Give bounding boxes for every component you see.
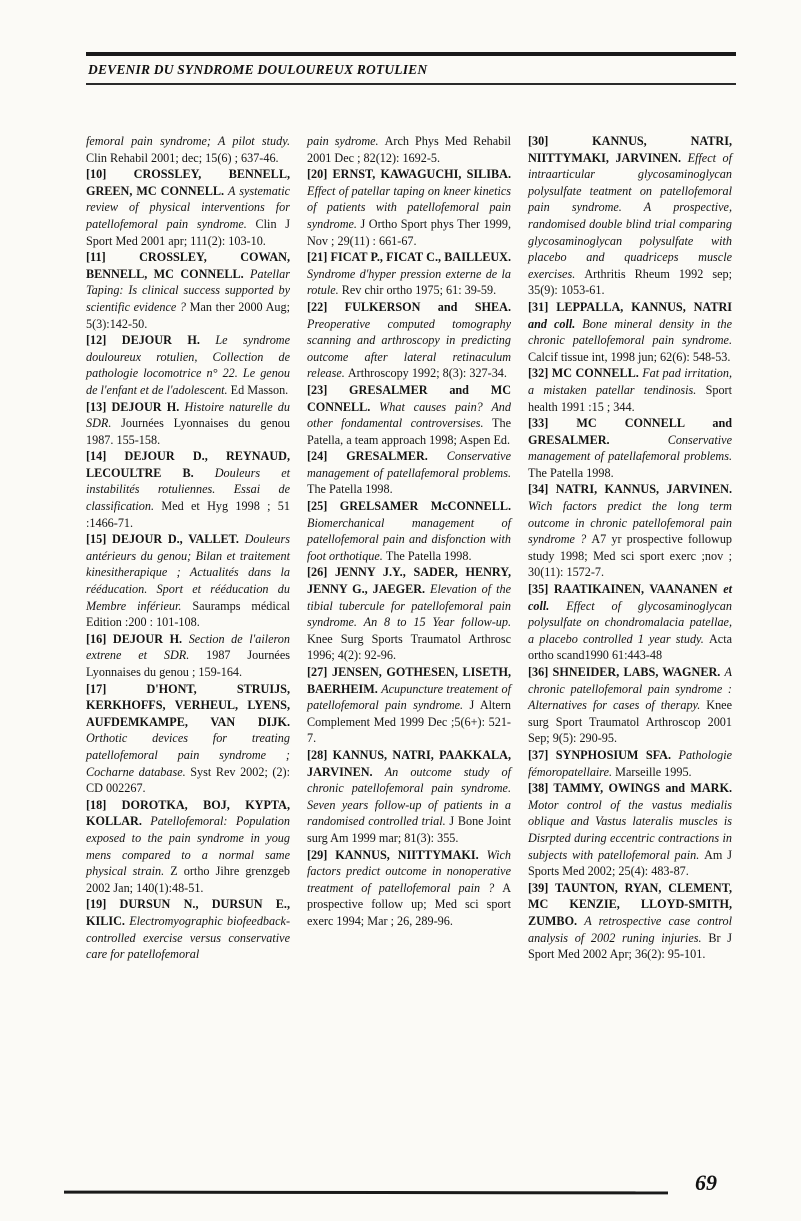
reference-text-segment: [13] DEJOUR H. [86, 400, 184, 414]
running-header: DEVENIR DU SYNDROME DOULOUREUX ROTULIEN [86, 52, 736, 85]
reference-entry: [16] DEJOUR H. Section de l'aileron extr… [86, 631, 290, 681]
reference-text-segment: [20] ERNST, KAWAGUCHI, SILIBA. [307, 167, 511, 181]
reference-text-segment: Marseille 1995. [615, 765, 692, 779]
reference-text-segment: Arthroscopy 1992; 8(3): 327-34. [348, 366, 507, 380]
reference-entry: [14] DEJOUR D., REYNAUD, LECOULTRE B. Do… [86, 448, 290, 531]
reference-entry: [34] NATRI, KANNUS, JARVINEN. Wich facto… [528, 481, 732, 581]
reference-text-segment: femoral pain syndrome; A pilot study. [86, 134, 290, 148]
reference-text-segment: Effect of intraarticular glycosaminoglyc… [528, 151, 732, 281]
reference-entry: [32] MC CONNELL. Fat pad irritation, a m… [528, 365, 732, 415]
reference-text-segment: [21] FICAT P., FICAT C., BAILLEUX. [307, 250, 511, 264]
reference-column: pain sydrome. Arch Phys Med Rehabil 2001… [307, 133, 511, 963]
reference-text-segment: [12] DEJOUR H. [86, 333, 215, 347]
reference-entry: [26] JENNY J.Y., SADER, HENRY, JENNY G.,… [307, 564, 511, 664]
reference-entry: [38] TAMMY, OWINGS and MARK. Motor contr… [528, 780, 732, 880]
reference-entry: pain sydrome. Arch Phys Med Rehabil 2001… [307, 133, 511, 166]
reference-text-segment: [24] GRESALMER. [307, 449, 447, 463]
reference-entry: [33] MC CONNELL and GRESALMER. Conservat… [528, 415, 732, 481]
reference-entry: [27] JENSEN, GOTHESEN, LISETH, BAERHEIM.… [307, 664, 511, 747]
reference-text-segment: [15] DEJOUR D., VALLET. [86, 532, 245, 546]
reference-entry: [21] FICAT P., FICAT C., BAILLEUX. Syndr… [307, 249, 511, 299]
reference-entry: [22] FULKERSON and SHEA. Preoperative co… [307, 299, 511, 382]
reference-text-segment: [31] LEPPALLA, KANNUS, NATRI [528, 300, 732, 314]
reference-entry: [29] KANNUS, NIITTYMAKI. Wich factors pr… [307, 847, 511, 930]
reference-entry: femoral pain syndrome; A pilot study. Cl… [86, 133, 290, 166]
reference-text-segment: [29] KANNUS, NIITTYMAKI. [307, 848, 487, 862]
reference-text-segment: [17] D'HONT, STRUIJS, KERKHOFFS, VERHEUL… [86, 682, 290, 729]
reference-entry: [31] LEPPALLA, KANNUS, NATRI and coll. B… [528, 299, 732, 365]
reference-entry: [25] GRELSAMER McCONNELL. Biomerchanical… [307, 498, 511, 564]
reference-column: [30] KANNUS, NATRI, NIITTYMAKI, JARVINEN… [528, 133, 732, 963]
reference-entry: [30] KANNUS, NATRI, NIITTYMAKI, JARVINEN… [528, 133, 732, 299]
reference-text-segment: [38] TAMMY, OWINGS and MARK. [528, 781, 732, 795]
reference-text-segment: The Patella 1998. [528, 466, 614, 480]
reference-entry: [35] RAATIKAINEN, VAANANEN et coll. Effe… [528, 581, 732, 664]
reference-text-segment: The Patella 1998. [307, 482, 393, 496]
reference-entry: [23] GRESALMER and MC CONNELL. What caus… [307, 382, 511, 448]
reference-entry: [17] D'HONT, STRUIJS, KERKHOFFS, VERHEUL… [86, 681, 290, 797]
reference-text-segment: Knee Surg Sports Traumatol Arthrosc 1996… [307, 632, 511, 663]
reference-text-segment: Clin Rehabil 2001; dec; 15(6) ; 637-46. [86, 151, 279, 165]
reference-text-segment: [37] SYNPHOSIUM SFA. [528, 748, 679, 762]
reference-text-segment: [22] FULKERSON and SHEA. [307, 300, 511, 314]
reference-entry: [10] CROSSLEY, BENNELL, GREEN, MC CONNEL… [86, 166, 290, 249]
reference-entry: [19] DURSUN N., DURSUN E., KILIC. Electr… [86, 896, 290, 962]
reference-entry: [15] DEJOUR D., VALLET. Douleurs antérie… [86, 531, 290, 631]
reference-text-segment: pain sydrome. [307, 134, 385, 148]
reference-text-segment: [36] SHNEIDER, LABS, WAGNER. [528, 665, 725, 679]
reference-text-segment: [16] DEJOUR H. [86, 632, 189, 646]
reference-entry: [37] SYNPHOSIUM SFA. Pathologie fémoropa… [528, 747, 732, 780]
reference-entry: [12] DEJOUR H. Le syndrome douloureux ro… [86, 332, 290, 398]
footer-rule [64, 1191, 668, 1195]
reference-text-segment: The Patella 1998. [386, 549, 472, 563]
reference-entry: [24] GRESALMER. Conservative management … [307, 448, 511, 498]
reference-entry: [20] ERNST, KAWAGUCHI, SILIBA. Effect of… [307, 166, 511, 249]
reference-text-segment: [34] NATRI, KANNUS, JARVINEN. [528, 482, 732, 496]
reference-text-segment: Calcif tissue int, 1998 jun; 62(6): 548-… [528, 350, 730, 364]
reference-text-segment: [32] MC CONNELL. [528, 366, 642, 380]
reference-entry: [36] SHNEIDER, LABS, WAGNER. A chronic p… [528, 664, 732, 747]
page-title: DEVENIR DU SYNDROME DOULOUREUX ROTULIEN [86, 56, 736, 83]
page-number: 69 [695, 1170, 717, 1196]
reference-text-segment: Rev chir ortho 1975; 61: 39-59. [342, 283, 496, 297]
reference-text-segment: [35] RAATIKAINEN, VAANANEN [528, 582, 723, 596]
reference-entry: [28] KANNUS, NATRI, PAAKKALA, JARVINEN. … [307, 747, 511, 847]
reference-text-segment: Ed Masson. [231, 383, 289, 397]
reference-text-segment: Motor control of the vastus medialis obl… [528, 798, 732, 862]
reference-entry: [18] DOROTKA, BOJ, KYPTA, KOLLAR. Patell… [86, 797, 290, 897]
reference-entry: [39] TAUNTON, RYAN, CLEMENT, MC KENZIE, … [528, 880, 732, 963]
reference-text-segment: [25] GRELSAMER McCONNELL. [307, 499, 511, 513]
reference-entry: [11] CROSSLEY, COWAN, BENNELL, MC CONNEL… [86, 249, 290, 332]
reference-text-segment: and coll. [528, 317, 582, 331]
reference-column: femoral pain syndrome; A pilot study. Cl… [86, 133, 290, 963]
reference-entry: [13] DEJOUR H. Histoire naturelle du SDR… [86, 399, 290, 449]
header-rule-thin [86, 83, 736, 85]
scanned-paper-page: DEVENIR DU SYNDROME DOULOUREUX ROTULIEN … [0, 0, 801, 1221]
references-section: femoral pain syndrome; A pilot study. Cl… [86, 133, 732, 963]
